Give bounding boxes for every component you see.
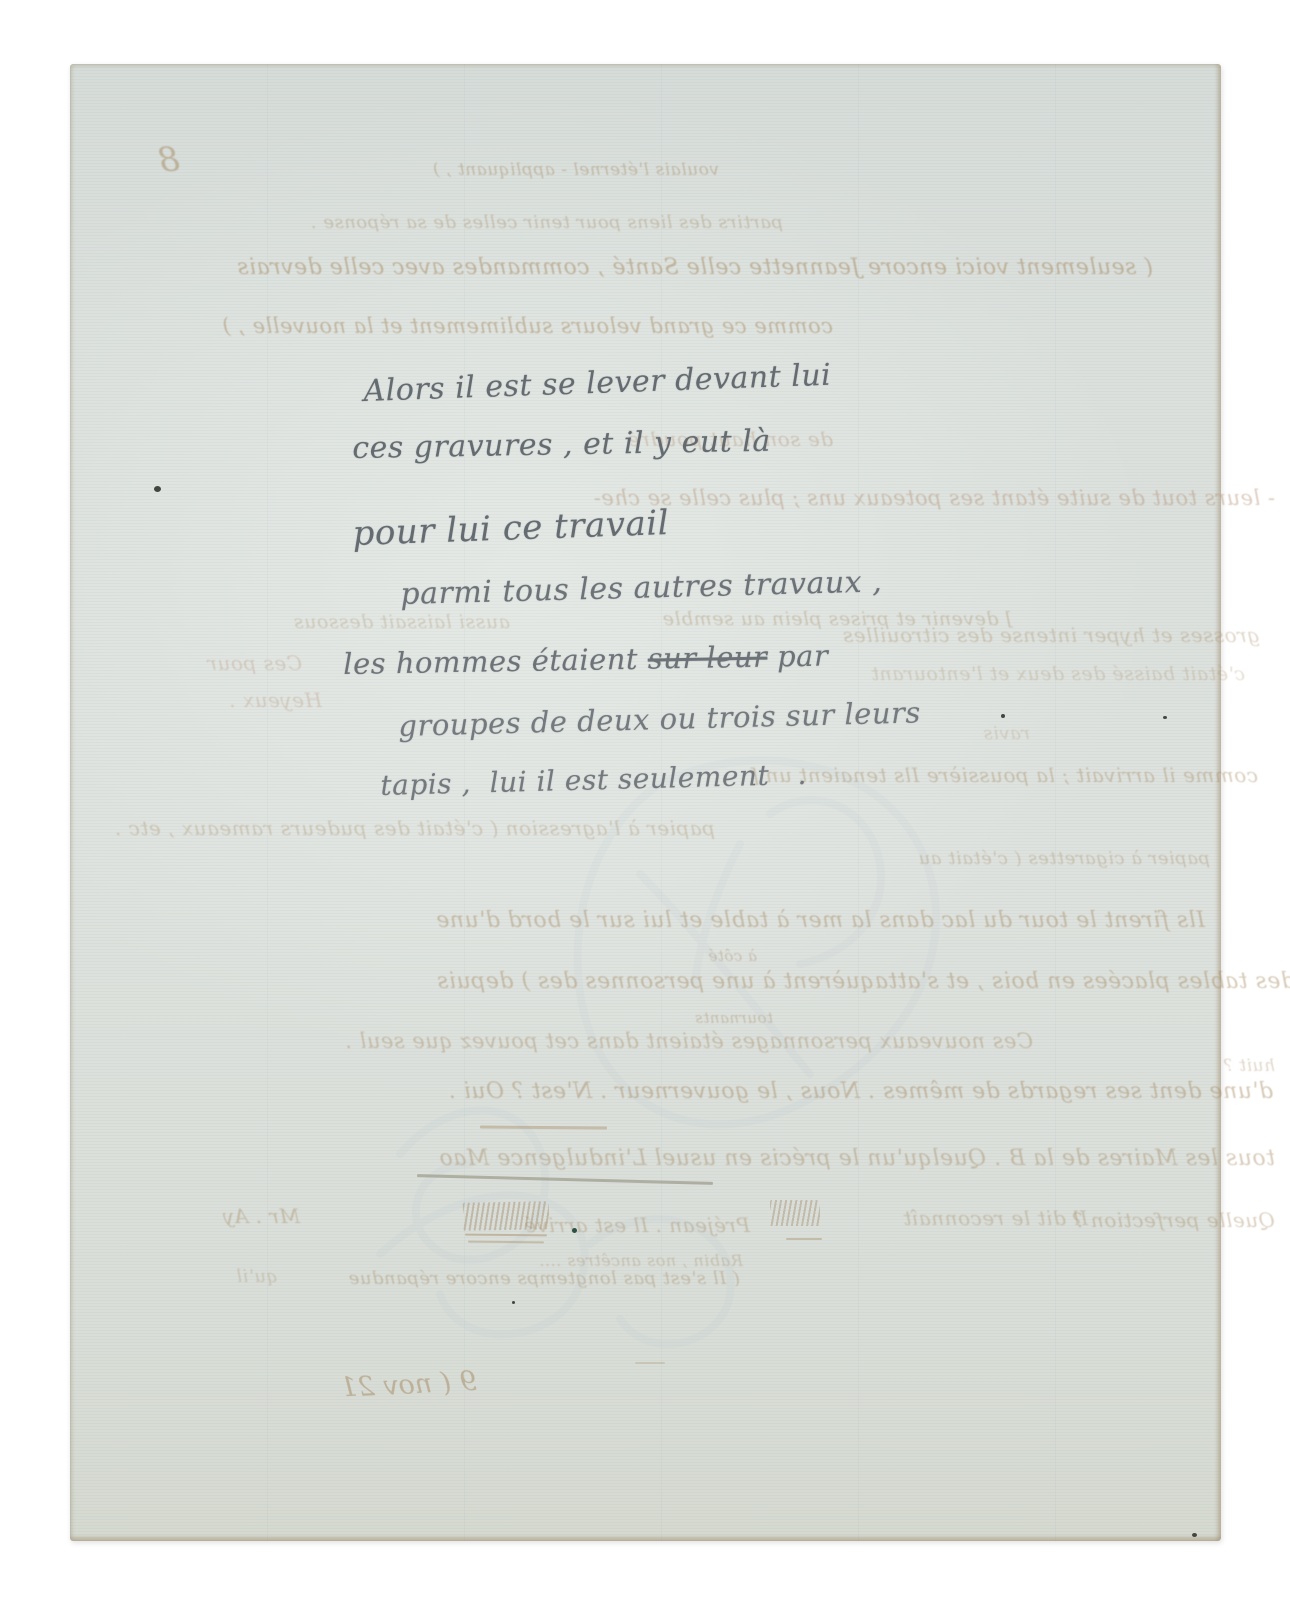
manuscript-page: voulais l'éternel - appliquant , )partir… — [70, 64, 1221, 1541]
pencil-line: ces gravures , et il y eut là — [352, 425, 771, 465]
pencil-line: pour lui ce travail — [352, 505, 670, 553]
pencil-line: Alors il est se lever devant lui — [363, 359, 832, 408]
pencil-line: les hommes étaient sur leur par — [343, 641, 829, 681]
scan-background: voulais l'éternel - appliquant , )partir… — [0, 0, 1290, 1620]
pencil-line: parmi tous les autres travaux , — [400, 565, 883, 611]
page-number: 8 — [157, 139, 181, 180]
pencil-line: tapis , lui il est seulement . — [380, 760, 807, 802]
pencil-line: groupes de deux ou trois sur leurs — [398, 697, 921, 743]
pencil-layer: Alors il est se lever devant luices grav… — [70, 64, 1221, 1541]
